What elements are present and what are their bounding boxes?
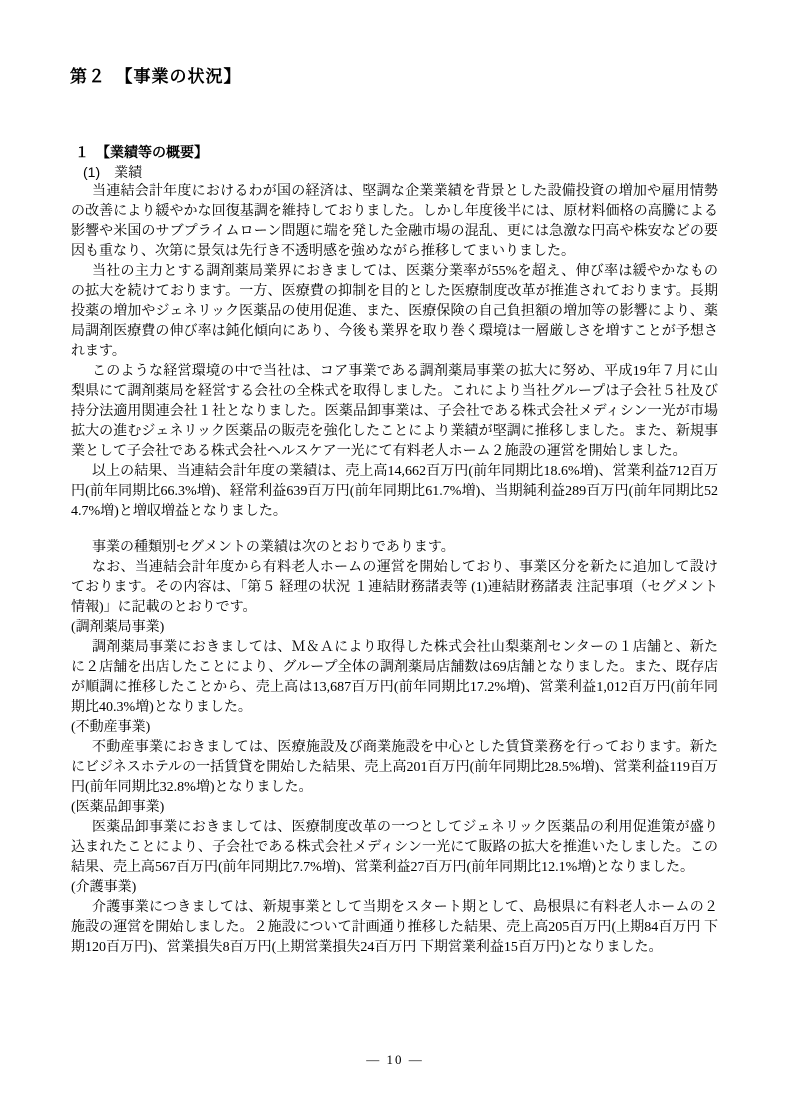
subsection-heading: (1) 業績 — [83, 162, 790, 182]
overview-paragraph: 当社の主力とする調剤薬局業界におきましては、医薬分業率が55%を超え、伸び率は緩… — [71, 262, 718, 362]
segment-block-pharmacy: (調剤薬局事業) 調剤薬局事業におきましては、Ｍ＆Ａにより取得した株式会社山梨薬… — [0, 618, 790, 718]
segment-paragraph: 調剤薬局事業におきましては、Ｍ＆Ａにより取得した株式会社山梨薬剤センターの１店舗… — [71, 638, 718, 718]
document-page: 第２ 【事業の状況】 １ 【業績等の概要】 (1) 業績 当連結会計年度における… — [0, 0, 790, 1118]
page-footer: ― 10 ― — [0, 1051, 790, 1069]
segment-label: (不動産事業) — [71, 718, 718, 738]
segment-intro-paragraph: なお、当連結会計年度から有料老人ホームの運営を開始しており、事業区分を新たに追加… — [71, 558, 718, 618]
segment-label: (医薬品卸事業) — [71, 798, 718, 818]
page-number: ― 10 ― — [366, 1052, 424, 1067]
overview-paragraph: 当連結会計年度におけるわが国の経済は、堅調な企業業績を背景とした設備投資の増加や… — [71, 182, 718, 262]
segment-paragraph: 医薬品卸事業におきましては、医療制度改革の一つとしてジェネリック医薬品の利用促進… — [71, 818, 718, 878]
section-heading: １ 【業績等の概要】 — [75, 142, 790, 162]
overview-paragraph: このような経営環境の中で当社は、コア事業である調剤薬局事業の拡大に努め、平成19… — [71, 362, 718, 462]
overview-paragraph: 以上の結果、当連結会計年度の業績は、売上高14,662百万円(前年同期比18.6… — [71, 462, 718, 522]
segment-intro-paragraph: 事業の種類別セグメントの業績は次のとおりであります。 — [71, 538, 718, 558]
segment-label: (介護事業) — [71, 878, 718, 898]
blank-line — [0, 522, 790, 538]
segment-paragraph: 介護事業につきましては、新規事業として当期をスタート期として、島根県に有料老人ホ… — [71, 898, 718, 958]
page-title: 第２ 【事業の状況】 — [70, 66, 790, 88]
segment-block-nursing-care: (介護事業) 介護事業につきましては、新規事業として当期をスタート期として、島根… — [0, 878, 790, 958]
segment-paragraph: 不動産事業におきましては、医療施設及び商業施設を中心とした賃貸業務を行っておりま… — [71, 738, 718, 798]
segment-label: (調剤薬局事業) — [71, 618, 718, 638]
segment-block-wholesale: (医薬品卸事業) 医薬品卸事業におきましては、医療制度改革の一つとしてジェネリッ… — [0, 798, 790, 878]
segment-block-real-estate: (不動産事業) 不動産事業におきましては、医療施設及び商業施設を中心とした賃貸業… — [0, 718, 790, 798]
